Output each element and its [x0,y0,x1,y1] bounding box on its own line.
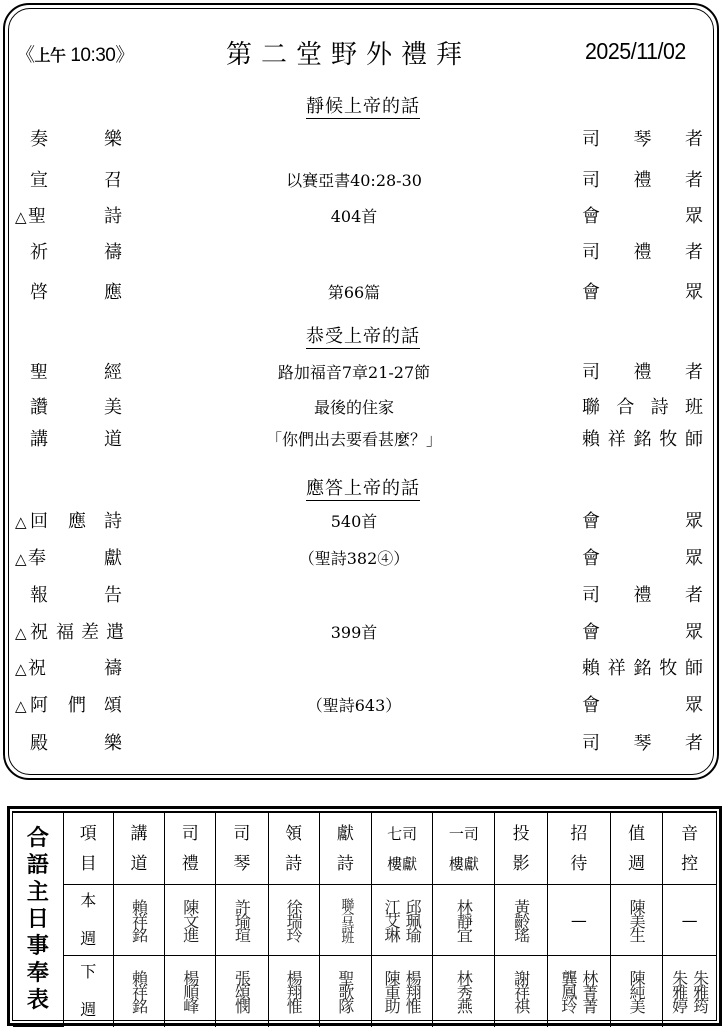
leader-char: 聯 [582,393,600,423]
liturgy-item-label: △奉獻 [16,544,130,574]
assigned-names: 林秀燕 [433,970,494,1012]
liturgy-item-label-char: 樂 [104,125,122,155]
column-header: 投影 [495,813,547,885]
assigned-name: 邱珮瑜 [404,899,421,941]
liturgy-item-label: 讚美 [16,393,130,423]
leader-dots [380,202,577,232]
leader-dots [404,691,577,721]
schedule-cell: 陳美生 [610,885,662,956]
column-header-top: 一司 [433,819,494,849]
schedule-title-cell: 合語主日事奉表 [13,813,63,1027]
liturgy-item-label-char: 回 [30,507,48,537]
leader-dots [131,581,577,611]
column-header-bottom: 禮 [165,849,215,879]
leader-char: 銘 [634,425,652,455]
liturgy-item-label-char: 奏 [30,125,48,155]
liturgy-item-label: 啓應 [16,278,130,308]
assigned-name: 張頌憫 [233,970,250,1012]
column-header-top: 七司 [372,819,432,849]
liturgy-item-label: 聖經 [16,358,130,388]
leader-char: 師 [685,425,703,455]
liturgy-item-label: 講道 [16,425,130,455]
liturgy-item: △祝福差遣399首會眾 [0,618,726,648]
liturgy-item-label-char: 聖 [30,358,48,388]
liturgy-item-label: △回應詩 [16,507,130,537]
liturgy-item-label-char: 經 [104,358,122,388]
section-title: 靜候上帝的話 [0,92,726,118]
liturgy-item: △聖詩404首會眾 [0,202,726,232]
leader-char: 司 [582,358,600,388]
assigned-names: 林靜宜 [433,899,494,941]
leader-char: 銘 [634,654,652,684]
schedule-title-char: 事 [13,933,63,960]
liturgy-item-label-char: 講 [30,425,48,455]
assigned-name: 朱雅筠 [692,970,709,1012]
leader-char: 賴 [582,654,600,684]
dot-leader: （聖詩382④） [131,544,577,574]
liturgy-item-label-char: 詩 [104,507,122,537]
schedule-cell: 賴祥銘 [113,956,164,1027]
assigned-names: 賴祥銘 [114,899,164,941]
liturgy-item-label-char: 詩 [104,202,122,232]
triangle-marker-icon: △ [15,507,27,537]
leader-char: 眾 [685,691,703,721]
liturgy-item-leader: 賴祥銘牧師 [582,425,703,455]
leader-dots [383,278,577,308]
leader-char: 司 [582,238,600,268]
leader-dots [131,238,577,268]
liturgy-item-label: 殿樂 [16,729,130,759]
column-header-bottom: 詩 [269,849,319,879]
liturgy-item-label: △祝禱 [16,654,130,684]
liturgy-item-detail: 399首 [328,618,381,648]
assigned-name: 聯合詩班 [338,898,352,942]
assigned-names: — [663,911,716,930]
leader-char: 琴 [634,729,652,759]
column-header-bottom: 詩 [320,849,371,879]
triangle-marker-icon: △ [15,544,27,574]
week-label-cell: 本週 [63,885,113,956]
liturgy-item-label-char: 美 [104,393,122,423]
liturgy-item-label-char: 祈 [30,238,48,268]
liturgy-item: 啓應第66篇會眾 [0,278,726,308]
leader-dots [433,358,577,388]
leader-char: 琴 [634,125,652,155]
assigned-name: 江艾琳 [383,899,400,941]
service-schedule-table: 合語主日事奉表項目講道司禮司琴領詩獻詩七司樓獻一司樓獻投影招待值週音控本週賴祥銘… [7,806,722,1026]
liturgy-item-label: 宣召 [16,166,130,196]
assigned-names: 徐瑞玲 [269,899,319,941]
schedule-row: 下週賴祥銘楊順峰張頌憫楊翔惟聖歌隊陳重助楊翔惟林秀燕謝祥祺龔鳳玲林菁菁陳純美朱雅… [13,956,716,1027]
page-title: 第二堂野外禮拜 [226,34,471,71]
assigned-names: 謝祥祺 [495,970,546,1012]
leader-char: 眾 [685,278,703,308]
liturgy-item-label-char: 阿 [30,691,48,721]
leader-char: 眾 [685,618,703,648]
liturgy-item-label-char: 祝 [30,618,48,648]
assigned-names: 朱雅婷朱雅筠 [663,970,716,1012]
leader-char: 會 [582,691,600,721]
schedule-title-char: 語 [13,852,63,879]
service-time: 《上午 10:30》 [16,40,134,67]
schedule-title-char: 日 [13,906,63,933]
service-date: 2025/11/02 [585,38,686,65]
schedule-cell: 陳純美 [610,956,662,1027]
assigned-name: 聖歌隊 [337,970,354,1012]
liturgy-item-label-char: 聖 [28,202,46,232]
liturgy-item-label: 奏樂 [16,125,130,155]
liturgy-item-label-char: 獻 [104,544,122,574]
liturgy-item: 聖經路加福音7章21-27節司禮者 [0,358,726,388]
schedule-row: 本週賴祥銘陳文進許瑜瑄徐瑞玲聯合詩班江艾琳邱珮瑜林靜宜黃齡瑤—陳美生— [13,885,716,956]
assigned-names: 江艾琳邱珮瑜 [372,899,432,941]
liturgy-item-leader: 司禮者 [582,166,703,196]
leader-char: 會 [582,202,600,232]
assigned-name: 朱雅婷 [671,970,688,1012]
column-header-bottom: 待 [548,849,610,879]
week-label-char: 下 [80,962,96,982]
liturgy-item-label-char: 頌 [104,691,122,721]
liturgy-item-leader: 會眾 [582,544,703,574]
liturgy-item: 祈禱司禮者 [0,238,726,268]
leader-char: 者 [685,166,703,196]
schedule-cell: 龔鳳玲林菁菁 [547,956,610,1027]
leader-char: 牧 [659,654,677,684]
leader-char: 眾 [685,202,703,232]
column-header-bottom: 道 [114,849,164,879]
schedule-cell: — [547,885,610,956]
leader-dots [131,507,328,537]
leader-dots [131,358,275,388]
assigned-name: 賴祥銘 [131,899,148,941]
assigned-name: 楊順峰 [182,970,199,1012]
section-title-text: 恭受上帝的話 [306,326,420,349]
column-header: 招待 [547,813,610,885]
column-header-top: 講 [114,819,164,849]
leader-char [634,691,652,721]
liturgy-item-leader: 會眾 [582,691,703,721]
column-header-bottom: 控 [663,849,716,879]
liturgy-item-label-char: 宣 [30,166,48,196]
leader-dots [131,618,328,648]
schedule-cell: 陳文進 [165,885,216,956]
liturgy-item-leader: 聯合詩班 [582,393,703,423]
leader-char: 師 [685,654,703,684]
schedule-cell: 黃齡瑤 [495,885,547,956]
leader-char: 賴 [582,425,600,455]
assigned-name: 徐瑞玲 [285,899,302,941]
section-title: 應答上帝的話 [0,474,726,500]
assigned-name: — [571,911,587,930]
liturgy-item-label-char: 遣 [106,618,124,648]
column-header-top: 招 [548,819,610,849]
column-header-top: 音 [663,819,716,849]
schedule-title-char: 主 [13,879,63,906]
item-header-cell: 項目 [63,813,113,885]
column-header-bottom: 樓獻 [372,849,432,879]
schedule-cell: 陳重助楊翔惟 [371,956,432,1027]
leader-char: 者 [685,358,703,388]
column-header: 講道 [113,813,164,885]
liturgy-item-leader: 會眾 [582,278,703,308]
assigned-name: 陳文進 [182,899,199,941]
schedule-cell: 謝祥祺 [495,956,547,1027]
assigned-names: 楊翔惟 [269,970,319,1012]
assigned-name: 黃齡瑤 [513,899,530,941]
leader-dots [131,425,263,455]
triangle-marker-icon: △ [15,691,27,721]
liturgy-item: 講道「你們出去要看甚麼？」賴祥銘牧師 [0,425,726,455]
assigned-names: 賴祥銘 [114,970,164,1012]
leader-char [634,507,652,537]
triangle-marker-icon: △ [15,618,27,648]
liturgy-item-detail: 404首 [328,202,381,232]
liturgy-item-label-char: 祝 [28,654,46,684]
week-label: 下週 [64,958,113,1024]
leader-dots [131,729,577,759]
assigned-name: 陳重助 [383,970,400,1012]
liturgy-item-detail: （聖詩382④） [296,544,413,574]
leader-dots [131,654,577,684]
leader-dots [397,393,577,423]
dot-leader: （聖詩643） [131,691,577,721]
leader-char: 眾 [685,544,703,574]
liturgy-item-detail: 「你們出去要看甚麼？」 [263,425,445,455]
leader-char [634,544,652,574]
assigned-names: 許瑜瑄 [216,899,267,941]
leader-char: 牧 [659,425,677,455]
week-label-cell: 下週 [63,956,113,1027]
assigned-names: 黃齡瑤 [495,899,546,941]
item-header-char: 項 [64,819,113,849]
liturgy-item: △阿們頌（聖詩643）會眾 [0,691,726,721]
liturgy-item-leader: 賴祥銘牧師 [582,654,703,684]
liturgy-item-label-char: 福 [56,618,74,648]
schedule-cell: 朱雅婷朱雅筠 [663,956,716,1027]
liturgy-item-leader: 會眾 [582,618,703,648]
leader-char: 詩 [651,393,669,423]
schedule-cell: 徐瑞玲 [268,885,319,956]
liturgy-item: △回應詩540首會眾 [0,507,726,537]
leader-dots [131,125,577,155]
assigned-names: 陳文進 [165,899,215,941]
leader-dots [131,278,325,308]
liturgy-item: 殿樂司琴者 [0,729,726,759]
schedule-cell: — [663,885,716,956]
column-header: 七司樓獻 [371,813,432,885]
liturgy-item-leader: 會眾 [582,507,703,537]
liturgy-item-label-char: 應 [68,507,86,537]
liturgy-item-leader: 會眾 [582,202,703,232]
triangle-marker-icon: △ [15,654,27,684]
dot-leader: 「你們出去要看甚麼？」 [131,425,577,455]
section-title-text: 應答上帝的話 [306,478,420,501]
leader-char: 祥 [608,654,626,684]
column-header-bottom: 琴 [216,849,267,879]
leader-char: 祥 [608,425,626,455]
liturgy-item: △祝禱賴祥銘牧師 [0,654,726,684]
schedule-cell: 楊順峰 [165,956,216,1027]
leader-char: 合 [616,393,634,423]
column-header: 領詩 [268,813,319,885]
column-header-bottom: 影 [495,849,546,879]
schedule-grid: 合語主日事奉表項目講道司禮司琴領詩獻詩七司樓獻一司樓獻投影招待值週音控本週賴祥銘… [13,812,716,1027]
assigned-name: 陳純美 [628,970,645,1012]
assigned-names: 陳重助楊翔惟 [372,970,432,1012]
leader-dots [131,393,311,423]
schedule-cell: 聖歌隊 [319,956,371,1027]
leader-char: 眾 [685,507,703,537]
column-header: 音控 [663,813,716,885]
leader-char: 者 [685,125,703,155]
column-header: 司琴 [216,813,268,885]
liturgy-item-leader: 司禮者 [582,358,703,388]
schedule-cell: 林靜宜 [433,885,495,956]
column-header: 司禮 [165,813,216,885]
assigned-name: 許瑜瑄 [233,899,250,941]
assigned-name: — [682,911,698,930]
liturgy-item: 宣召以賽亞書40:28-30司禮者 [0,166,726,196]
liturgy-item-label-char: 禱 [104,238,122,268]
liturgy-item-leader: 司禮者 [582,581,703,611]
assigned-names: 聖歌隊 [320,970,371,1012]
column-header-top: 獻 [320,819,371,849]
liturgy-item-label: △聖詩 [16,202,130,232]
leader-dots [131,202,328,232]
leader-char: 班 [685,393,703,423]
column-header: 一司樓獻 [433,813,495,885]
schedule-cell: 林秀燕 [433,956,495,1027]
leader-char: 司 [582,729,600,759]
assigned-name: 龔鳳玲 [560,970,577,1012]
liturgy-item-label-char: 啓 [30,278,48,308]
liturgy-item-label-char: 樂 [104,729,122,759]
liturgy-item-leader: 司禮者 [582,238,703,268]
leader-char: 者 [685,581,703,611]
liturgy-item-label-char: 差 [81,618,99,648]
assigned-name: 謝祥祺 [513,970,530,1012]
schedule-cell: 許瑜瑄 [216,885,268,956]
assigned-names: 楊順峰 [165,970,215,1012]
week-label-char: 週 [80,1000,96,1020]
assigned-name: 楊翔惟 [404,970,421,1012]
liturgy-item-label-char: 們 [68,691,86,721]
triangle-marker-icon: △ [15,202,27,232]
liturgy-item-leader: 司琴者 [582,125,703,155]
liturgy-item-label-char: 禱 [104,654,122,684]
assigned-names: 龔鳳玲林菁菁 [548,970,610,1012]
column-header-bottom: 樓獻 [433,849,494,879]
schedule-header-row: 合語主日事奉表項目講道司禮司琴領詩獻詩七司樓獻一司樓獻投影招待值週音控 [13,813,716,885]
liturgy-item-label: 祈禱 [16,238,130,268]
leader-dots [131,166,283,196]
dot-leader [131,581,577,611]
week-label-char: 週 [80,929,96,949]
dot-leader [131,238,577,268]
liturgy-item-detail: 540首 [328,507,381,537]
item-header-char: 目 [64,849,113,879]
leader-dots [425,166,577,196]
liturgy-item-label-char: 報 [30,581,48,611]
section-title: 恭受上帝的話 [0,322,726,348]
liturgy-item: 奏樂司琴者 [0,125,726,155]
schedule-title-char: 奉 [13,960,63,987]
liturgy-item-detail: 最後的住家 [311,393,397,423]
schedule-title: 合語主日事奉表 [13,825,63,1014]
leader-dots [445,425,577,455]
leader-dots [412,544,577,574]
schedule-title-char: 合 [13,825,63,852]
liturgy-item-detail: 路加福音7章21-27節 [275,358,433,388]
column-header-bottom: 週 [611,849,662,879]
assigned-name: 賴祥銘 [131,970,148,1012]
leader-char: 司 [582,581,600,611]
liturgy-item-detail: （聖詩643） [304,691,405,721]
assigned-name: 陳美生 [628,899,645,941]
assigned-names: 陳美生 [611,899,662,941]
leader-char: 者 [685,238,703,268]
schedule-cell: 江艾琳邱珮瑜 [371,885,432,956]
dot-leader: 399首 [131,618,577,648]
leader-char: 禮 [634,581,652,611]
leader-char: 會 [582,544,600,574]
schedule-cell: 楊翔惟 [268,956,319,1027]
dot-leader: 最後的住家 [131,393,577,423]
liturgy-item-label-char: 殿 [30,729,48,759]
column-header-top: 司 [216,819,267,849]
liturgy-item-label: 報告 [16,581,130,611]
assigned-name: 林靜宜 [455,899,472,941]
dot-leader [131,654,577,684]
dot-leader [131,125,577,155]
assigned-name: 林菁菁 [581,970,598,1012]
liturgy-item: 報告司禮者 [0,581,726,611]
week-label: 本週 [64,887,113,953]
assigned-name: 林秀燕 [455,970,472,1012]
assigned-name: 楊翔惟 [285,970,302,1012]
liturgy-item-label-char: 告 [104,581,122,611]
section-title-text: 靜候上帝的話 [306,96,420,119]
liturgy-item-label-char: 召 [104,166,122,196]
liturgy-item: △奉獻（聖詩382④）會眾 [0,544,726,574]
dot-leader: 路加福音7章21-27節 [131,358,577,388]
leader-char: 禮 [634,238,652,268]
leader-dots [380,618,577,648]
column-header: 值週 [610,813,662,885]
leader-char: 會 [582,618,600,648]
schedule-cell: 張頌憫 [216,956,268,1027]
dot-leader: 404首 [131,202,577,232]
leader-char: 者 [685,729,703,759]
liturgy-item-label: △阿們頌 [16,691,130,721]
liturgy-item-label-char: 奉 [28,544,46,574]
liturgy-item-detail: 以賽亞書40:28-30 [283,166,425,196]
liturgy-item-detail: 第66篇 [325,278,383,308]
leader-char [634,278,652,308]
dot-leader [131,729,577,759]
leader-char [634,202,652,232]
dot-leader: 第66篇 [131,278,577,308]
leader-dots [131,544,296,574]
leader-char: 禮 [634,166,652,196]
dot-leader: 540首 [131,507,577,537]
schedule-cell: 聯合詩班 [319,885,371,956]
leader-char: 司 [582,125,600,155]
column-header-top: 領 [269,819,319,849]
assigned-names: 張頌憫 [216,970,267,1012]
liturgy-item-label: △祝福差遣 [16,618,130,648]
leader-char: 禮 [634,358,652,388]
